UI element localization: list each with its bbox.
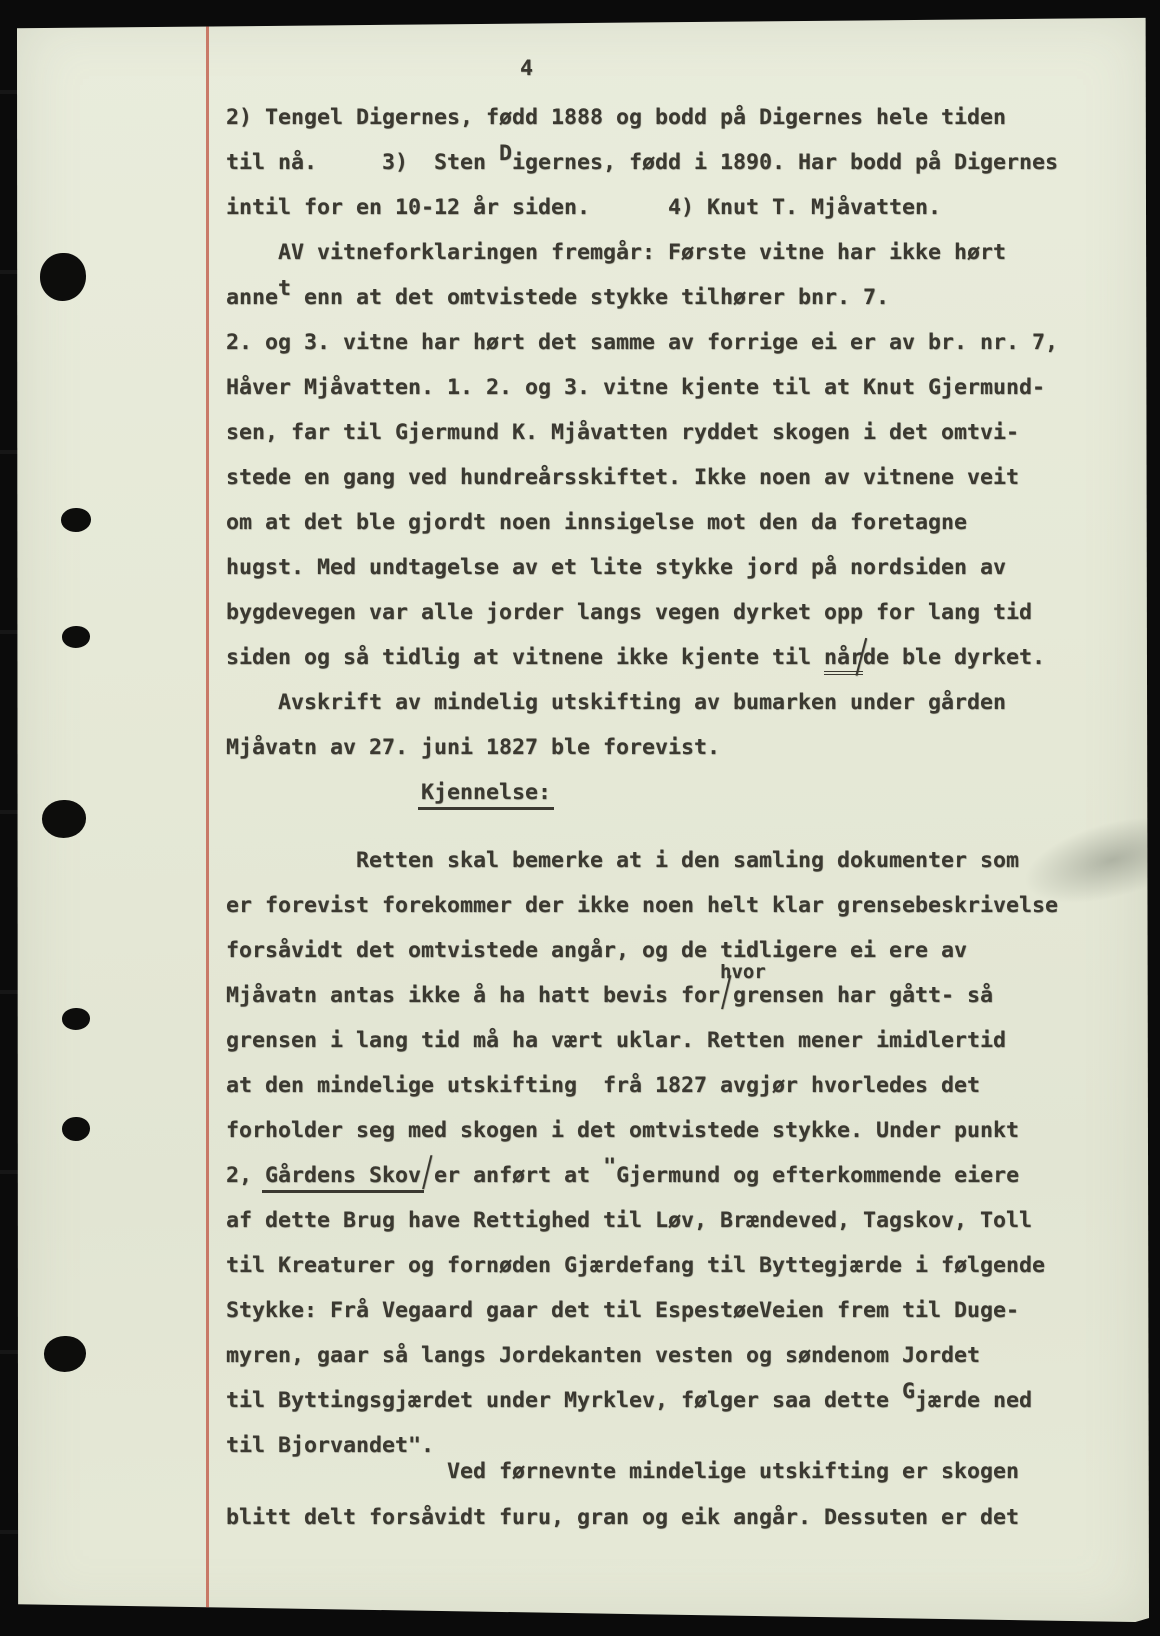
text-segment: stede en gang ved hundreårsskiftet. Ikke… — [226, 465, 1019, 490]
text-segment — [226, 780, 421, 805]
text-line: 2. og 3. vitne har hørt det samme av for… — [226, 330, 1058, 357]
text-line: grensen i lang tid må ha vært uklar. Ret… — [226, 1028, 1006, 1055]
text-segment: bygdevegen var alle jorder langs vegen d… — [226, 600, 1032, 625]
text-line: forsåvidt det omtvistede angår, og de ti… — [226, 938, 967, 965]
text-line: siden og så tidlig at vitnene ikke kjent… — [226, 645, 1045, 672]
text-segment: til nå. 3) Sten — [226, 150, 499, 175]
text-segment: 2) Tengel Digernes, fødd 1888 og bodd på… — [226, 105, 1006, 130]
text-line: af dette Brug have Rettighed til Løv, Br… — [226, 1208, 1032, 1235]
text-segment: intil for en 10-12 år siden. 4) Knut T. … — [226, 195, 941, 220]
text-segment: hvor — [720, 961, 766, 983]
text-segment: hugst. Med undtagelse av et lite stykke … — [226, 555, 1006, 580]
text-line: stede en gang ved hundreårsskiftet. Ikke… — [226, 465, 1019, 492]
text-segment: Ved førnevnte mindelige utskifting er sk… — [226, 1459, 1019, 1484]
text-segment: " — [603, 1154, 616, 1179]
text-segment: grensen i lang tid må ha vært uklar. Ret… — [226, 1028, 1006, 1053]
text-line: myren, gaar så langs Jordekanten vesten … — [226, 1343, 980, 1370]
text-segment: er anført at — [434, 1163, 603, 1188]
text-segment: de ble dyrket. — [863, 645, 1045, 670]
hole-punch — [62, 1117, 90, 1141]
text-segment: AV vitneforklaringen fremgår: Første vit… — [226, 240, 1006, 265]
text-line: Avskrift av mindelig utskifting av bumar… — [226, 690, 1006, 717]
text-line: til Byttingsgjærdet under Myrklev, følge… — [226, 1388, 1032, 1415]
document-text: 4 2) Tengel Digernes, fødd 1888 og bodd … — [0, 0, 1160, 1636]
hole-punch — [62, 626, 90, 648]
text-segment: om at det ble gjordt noen innsigelse mot… — [226, 510, 967, 535]
text-segment: sen, far til Gjermund K. Mjåvatten rydde… — [226, 420, 1019, 445]
text-segment: myren, gaar så langs Jordekanten vesten … — [226, 1343, 980, 1368]
text-line: Stykke: Frå Vegaard gaar det til Espestø… — [226, 1298, 1019, 1325]
text-line: til Kreaturer og fornøden Gjærdefang til… — [226, 1253, 1045, 1280]
text-line: om at det ble gjordt noen innsigelse mot… — [226, 510, 967, 537]
text-line: at den mindelige utskifting frå 1827 avg… — [226, 1073, 980, 1100]
text-line: 2, Gårdens Skov/er anført at "Gjermund o… — [226, 1163, 1019, 1190]
text-segment: enn at det omtvistede stykke tilhører bn… — [291, 285, 889, 310]
text-segment: Håver Mjåvatten. 1. 2. og 3. vitne kjent… — [226, 375, 1045, 400]
text-segment: til Bjorvandet". — [226, 1433, 434, 1458]
text-segment: Kjennelse: — [418, 780, 554, 810]
text-segment: jærde ned — [915, 1388, 1032, 1413]
text-segment: grensen har gått- så — [733, 983, 993, 1008]
text-segment: / — [421, 1149, 434, 1200]
text-line: forholder seg med skogen i det omtvisted… — [226, 1118, 1019, 1145]
text-line: til Bjorvandet". — [226, 1433, 434, 1460]
text-segment: Retten skal bemerke at i den samling dok… — [226, 848, 1019, 873]
text-segment: blitt delt forsåvidt furu, gran og eik a… — [226, 1505, 1019, 1530]
hole-punch — [40, 253, 86, 301]
text-segment: igernes, fødd i 1890. Har bodd på Digern… — [512, 150, 1058, 175]
text-line: AV vitneforklaringen fremgår: Første vit… — [226, 240, 1006, 267]
text-segment: af dette Brug have Rettighed til Løv, Br… — [226, 1208, 1032, 1233]
hole-punch — [42, 800, 86, 838]
text-segment: Gjermund og efterkommende eiere — [616, 1163, 1019, 1188]
text-segment: anne — [226, 285, 278, 310]
text-line: hugst. Med undtagelse av et lite stykke … — [226, 555, 1006, 582]
text-segment: til Byttingsgjærdet under Myrklev, følge… — [226, 1388, 902, 1413]
text-line: Kjennelse: — [226, 780, 551, 807]
text-segment: Mjåvatn antas ikke å ha hatt bevis for — [226, 983, 720, 1008]
text-segment: 2. og 3. vitne har hørt det samme av for… — [226, 330, 1058, 355]
text-segment: Gårdens Skov — [262, 1163, 424, 1193]
text-segment: D — [499, 141, 512, 166]
text-line: Mjåvatn antas ikke å ha hatt bevis for/g… — [226, 983, 993, 1010]
page-number: 4 — [520, 56, 533, 83]
text-segment: / — [854, 629, 856, 688]
hole-punch — [44, 1336, 86, 1372]
text-segment: til Kreaturer og fornøden Gjærdefang til… — [226, 1253, 1045, 1278]
text-line: Mjåvatn av 27. juni 1827 ble forevist. — [226, 735, 720, 762]
text-line: sen, far til Gjermund K. Mjåvatten rydde… — [226, 420, 1019, 447]
text-line: Håver Mjåvatten. 1. 2. og 3. vitne kjent… — [226, 375, 1045, 402]
text-line: intil for en 10-12 år siden. 4) Knut T. … — [226, 195, 941, 222]
scan-background: 4 2) Tengel Digernes, fødd 1888 og bodd … — [0, 0, 1160, 1636]
text-segment: forholder seg med skogen i det omtvisted… — [226, 1118, 1019, 1143]
text-segment: forsåvidt det omtvistede angår, og de ti… — [226, 938, 967, 963]
text-line: Ved førnevnte mindelige utskifting er sk… — [226, 1459, 1019, 1486]
text-segment: at den mindelige utskifting frå 1827 avg… — [226, 1073, 980, 1098]
text-segment: Avskrift av mindelig utskifting av bumar… — [226, 690, 1006, 715]
text-segment: Mjåvatn av 27. juni 1827 ble forevist. — [226, 735, 720, 760]
text-line: annet enn at det omtvistede stykke tilhø… — [226, 285, 889, 312]
text-line: blitt delt forsåvidt furu, gran og eik a… — [226, 1505, 1019, 1532]
text-line: hvor — [720, 961, 766, 985]
text-line: er forevist forekommer der ikke noen hel… — [226, 893, 1058, 920]
text-segment: siden og så tidlig at vitnene ikke kjent… — [226, 645, 824, 670]
text-segment: er forevist forekommer der ikke noen hel… — [226, 893, 1058, 918]
text-line: Retten skal bemerke at i den samling dok… — [226, 848, 1019, 875]
text-segment: Stykke: Frå Vegaard gaar det til Espestø… — [226, 1298, 1019, 1323]
text-line: til nå. 3) Sten Digernes, fødd i 1890. H… — [226, 150, 1058, 177]
hole-punch — [61, 508, 91, 532]
text-line: 2) Tengel Digernes, fødd 1888 og bodd på… — [226, 105, 1006, 132]
hole-punch — [62, 1008, 90, 1030]
text-line: bygdevegen var alle jorder langs vegen d… — [226, 600, 1032, 627]
text-segment: G — [902, 1379, 915, 1404]
text-segment: t — [278, 276, 291, 301]
text-segment: 2, — [226, 1163, 265, 1188]
